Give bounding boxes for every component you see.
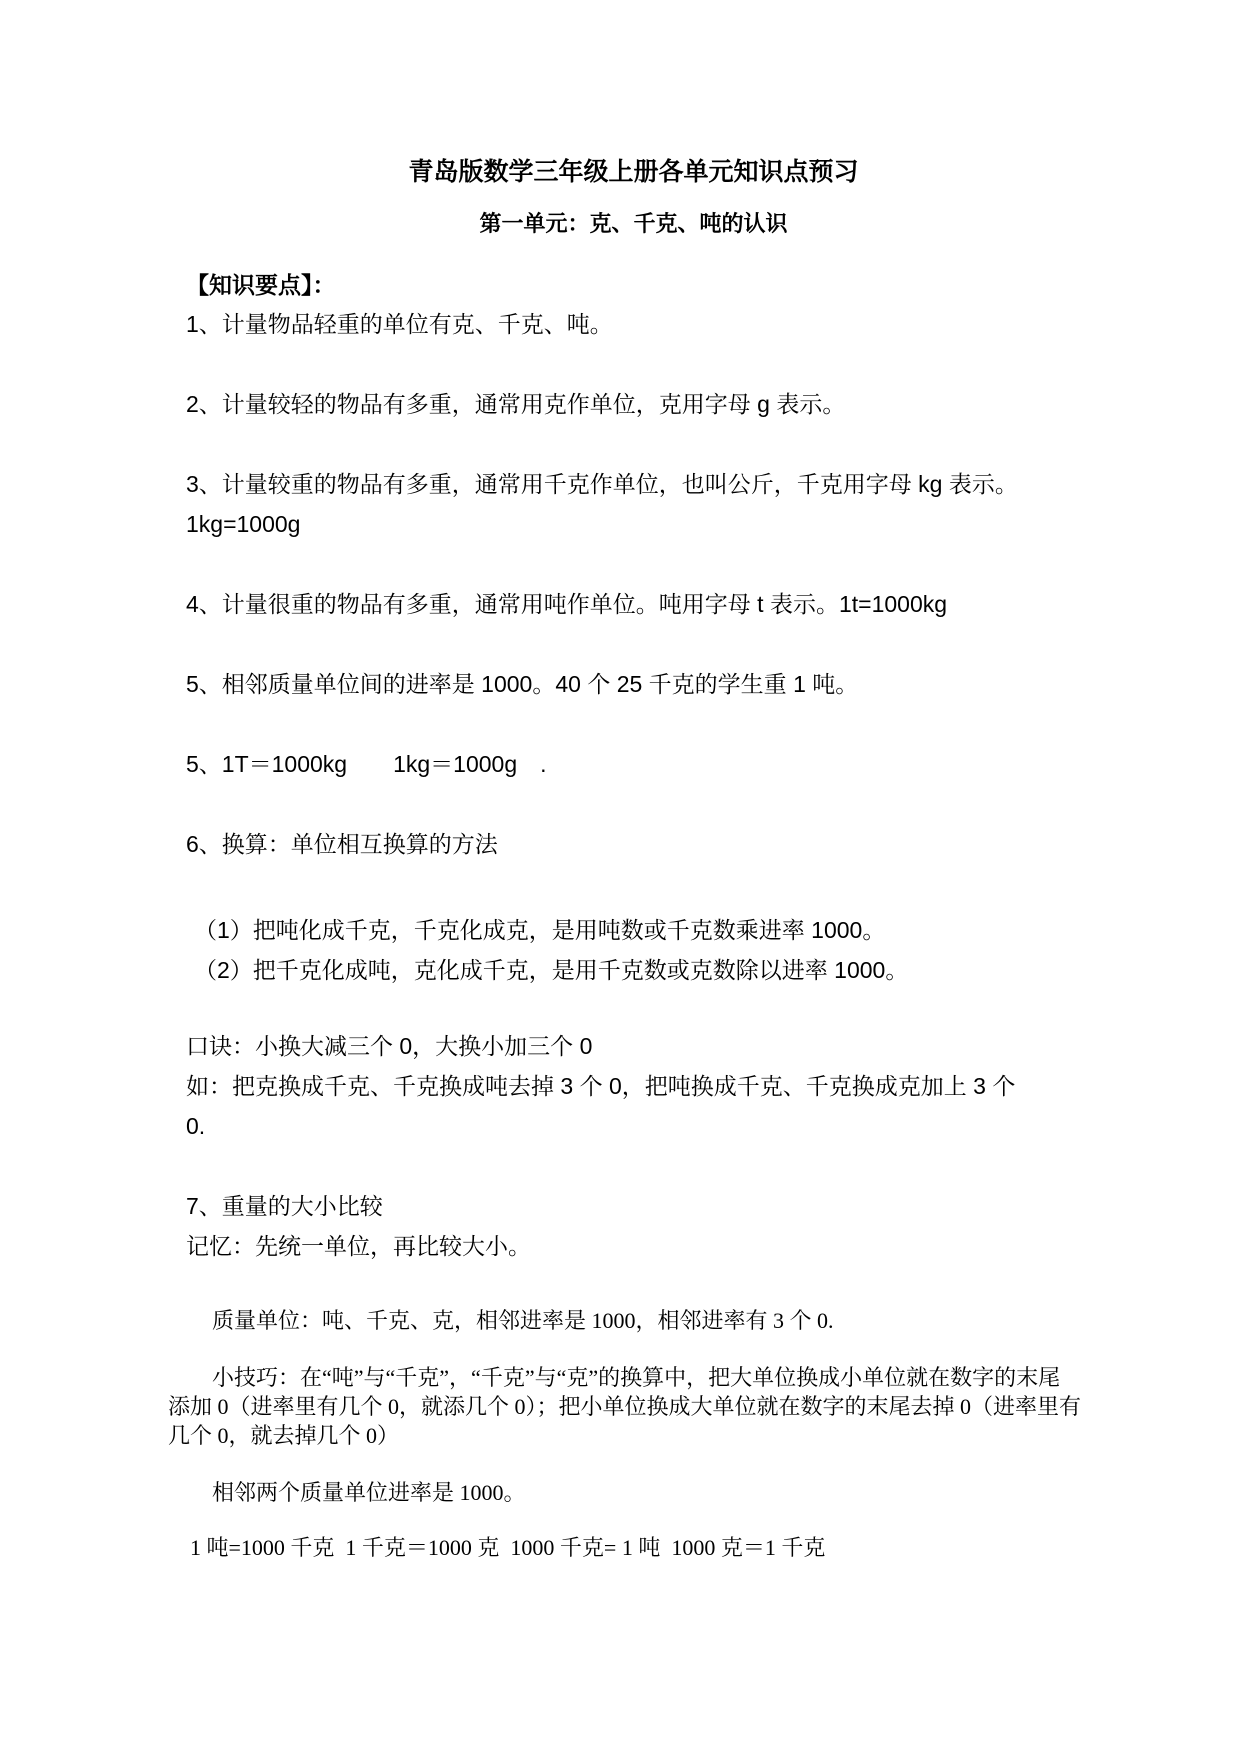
item-2: 2、计量较轻的物品有多重，通常用克作单位，克用字母 g 表示。: [186, 384, 1081, 424]
item-3-formula: 1kg=1000g: [186, 504, 1081, 544]
item-3: 3、计量较重的物品有多重，通常用千克作单位，也叫公斤，千克用字母 kg 表示。: [186, 464, 1081, 504]
memory-line: 记忆：先统一单位，再比较大小。: [186, 1226, 1081, 1266]
item-5b-formulas: 5、1T＝1000kg 1kg＝1000g .: [186, 744, 1081, 784]
mass-units-paragraph: 质量单位：吨、千克、克，相邻进率是 1000，相邻进率有 3 个 0.: [168, 1306, 1081, 1335]
item-4: 4、计量很重的物品有多重，通常用吨作单位。吨用字母 t 表示。1t=1000kg: [186, 584, 1081, 624]
conversion-formulas: 1 吨=1000 千克 1 千克＝1000 克 1000 千克= 1 吨 100…: [168, 1533, 1081, 1562]
example-line-2: 0.: [186, 1113, 205, 1139]
item-6-sub-2: （2）把千克化成吨，克化成千克，是用千克数或克数除以进率 1000。: [186, 950, 1081, 990]
mnemonic-line: 口诀：小换大减三个 0，大换小加三个 0: [186, 1026, 1081, 1066]
document-title: 青岛版数学三年级上册各单元知识点预习: [186, 158, 1081, 186]
example-paragraph: 如：把克换成千克、千克换成吨去掉 3 个 0，把吨换成千克、千克换成克加上 3 …: [186, 1066, 1081, 1146]
knowledge-points-heading: 【知识要点】：: [186, 266, 1081, 304]
item-7: 7、重量的大小比较: [186, 1186, 1081, 1226]
example-line-1: 如：把克换成千克、千克换成吨去掉 3 个 0，把吨换成千克、千克换成克加上 3 …: [186, 1073, 1015, 1099]
tip-paragraph: 小技巧：在“吨”与“千克”，“千克”与“克”的换算中，把大单位换成小单位就在数字…: [168, 1363, 1081, 1450]
item-5: 5、相邻质量单位间的进率是 1000。40 个 25 千克的学生重 1 吨。: [186, 664, 1081, 704]
item-6-sub-1: （1）把吨化成千克，千克化成克，是用吨数或千克数乘进率 1000。: [186, 910, 1081, 950]
item-6: 6、换算：单位相互换算的方法: [186, 824, 1081, 864]
item-1: 1、计量物品轻重的单位有克、千克、吨。: [186, 304, 1081, 344]
unit-subtitle: 第一单元：克、千克、吨的认识: [186, 212, 1081, 236]
adjacent-rate-paragraph: 相邻两个质量单位进率是 1000。: [168, 1478, 1081, 1507]
serif-notes-block: 质量单位：吨、千克、克，相邻进率是 1000，相邻进率有 3 个 0. 小技巧：…: [168, 1306, 1081, 1562]
document-page: 青岛版数学三年级上册各单元知识点预习 第一单元：克、千克、吨的认识 【知识要点】…: [0, 0, 1241, 1754]
